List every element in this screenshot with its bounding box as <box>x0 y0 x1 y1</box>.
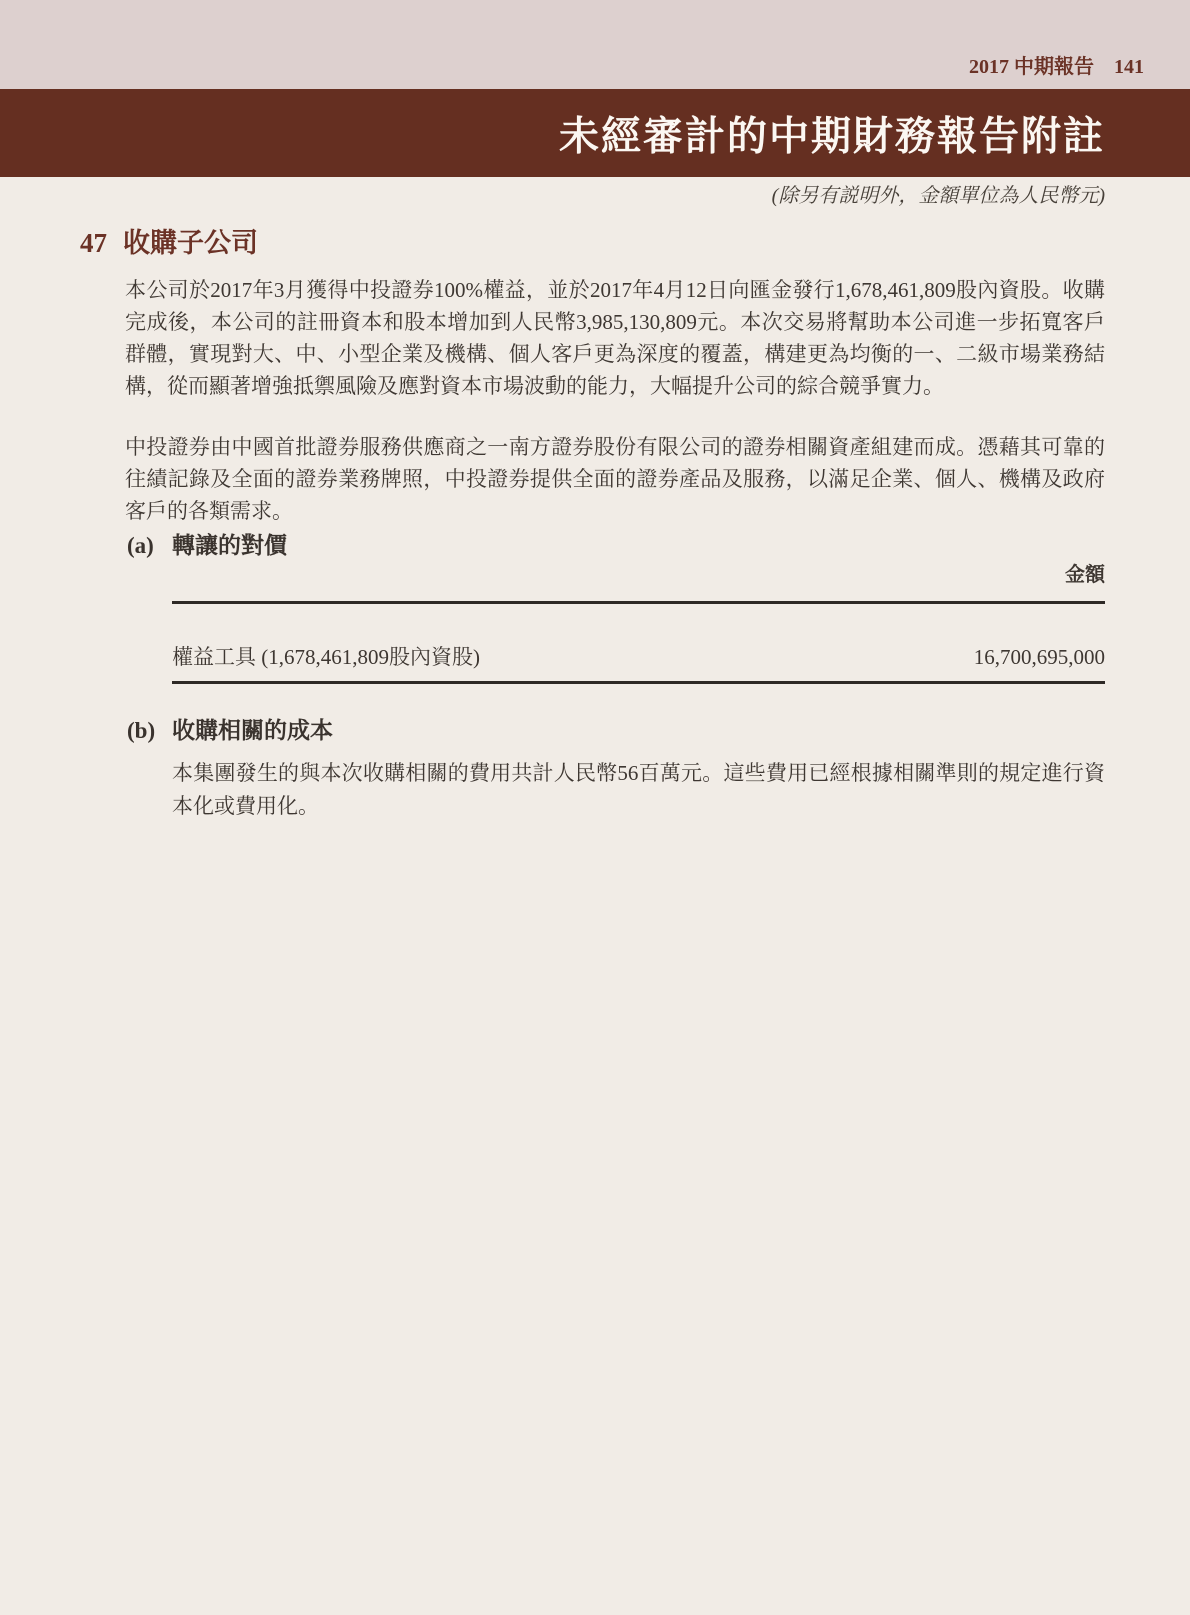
table-row: 權益工具 (1,678,461,809股內資股) 16,700,695,000 <box>172 604 1105 684</box>
subsection-b-paragraph: 本集團發生的與本次收購相關的費用共計人民幣56百萬元。這些費用已經根據相關準則的… <box>172 757 1105 823</box>
consideration-table: 金額 權益工具 (1,678,461,809股內資股) 16,700,695,0… <box>172 564 1105 684</box>
subsection-b-title: 收購相關的成本 <box>172 718 333 743</box>
section-banner: 未經審計的中期財務報告附註 <box>0 89 1190 177</box>
running-header: 2017 中期報告141 <box>969 50 1144 79</box>
section-heading: 47收購子公司 <box>80 221 258 260</box>
report-title: 2017 中期報告 <box>969 56 1094 78</box>
subsection-a-title: 轉讓的對價 <box>172 533 287 558</box>
body-paragraph: 中投證券由中國首批證券服務供應商之一南方證券股份有限公司的證券相關資產組建而成。… <box>125 431 1105 527</box>
subsection-a-heading: (a)轉讓的對價 <box>127 527 287 560</box>
section-title: 收購子公司 <box>123 228 258 258</box>
row-item-label: 權益工具 (1,678,461,809股內資股) <box>172 645 480 669</box>
currency-unit-note: (除另有説明外，金額單位為人民幣元) <box>772 179 1105 208</box>
subsection-b-heading: (b)收購相關的成本 <box>127 712 333 745</box>
page-number: 141 <box>1114 56 1144 78</box>
table-header-amount: 金額 <box>172 564 1105 604</box>
subsection-a-label: (a) <box>127 533 172 559</box>
row-item-amount: 16,700,695,000 <box>974 645 1105 669</box>
section-number: 47 <box>80 228 123 259</box>
body-paragraph: 本公司於2017年3月獲得中投證券100%權益，並於2017年4月12日向匯金發… <box>125 274 1105 402</box>
report-page: 2017 中期報告141 未經審計的中期財務報告附註 (除另有説明外，金額單位為… <box>0 0 1190 1615</box>
subsection-b-label: (b) <box>127 718 172 744</box>
banner-title: 未經審計的中期財務報告附註 <box>559 105 1105 162</box>
page-top-strip: 2017 中期報告141 <box>0 0 1190 89</box>
